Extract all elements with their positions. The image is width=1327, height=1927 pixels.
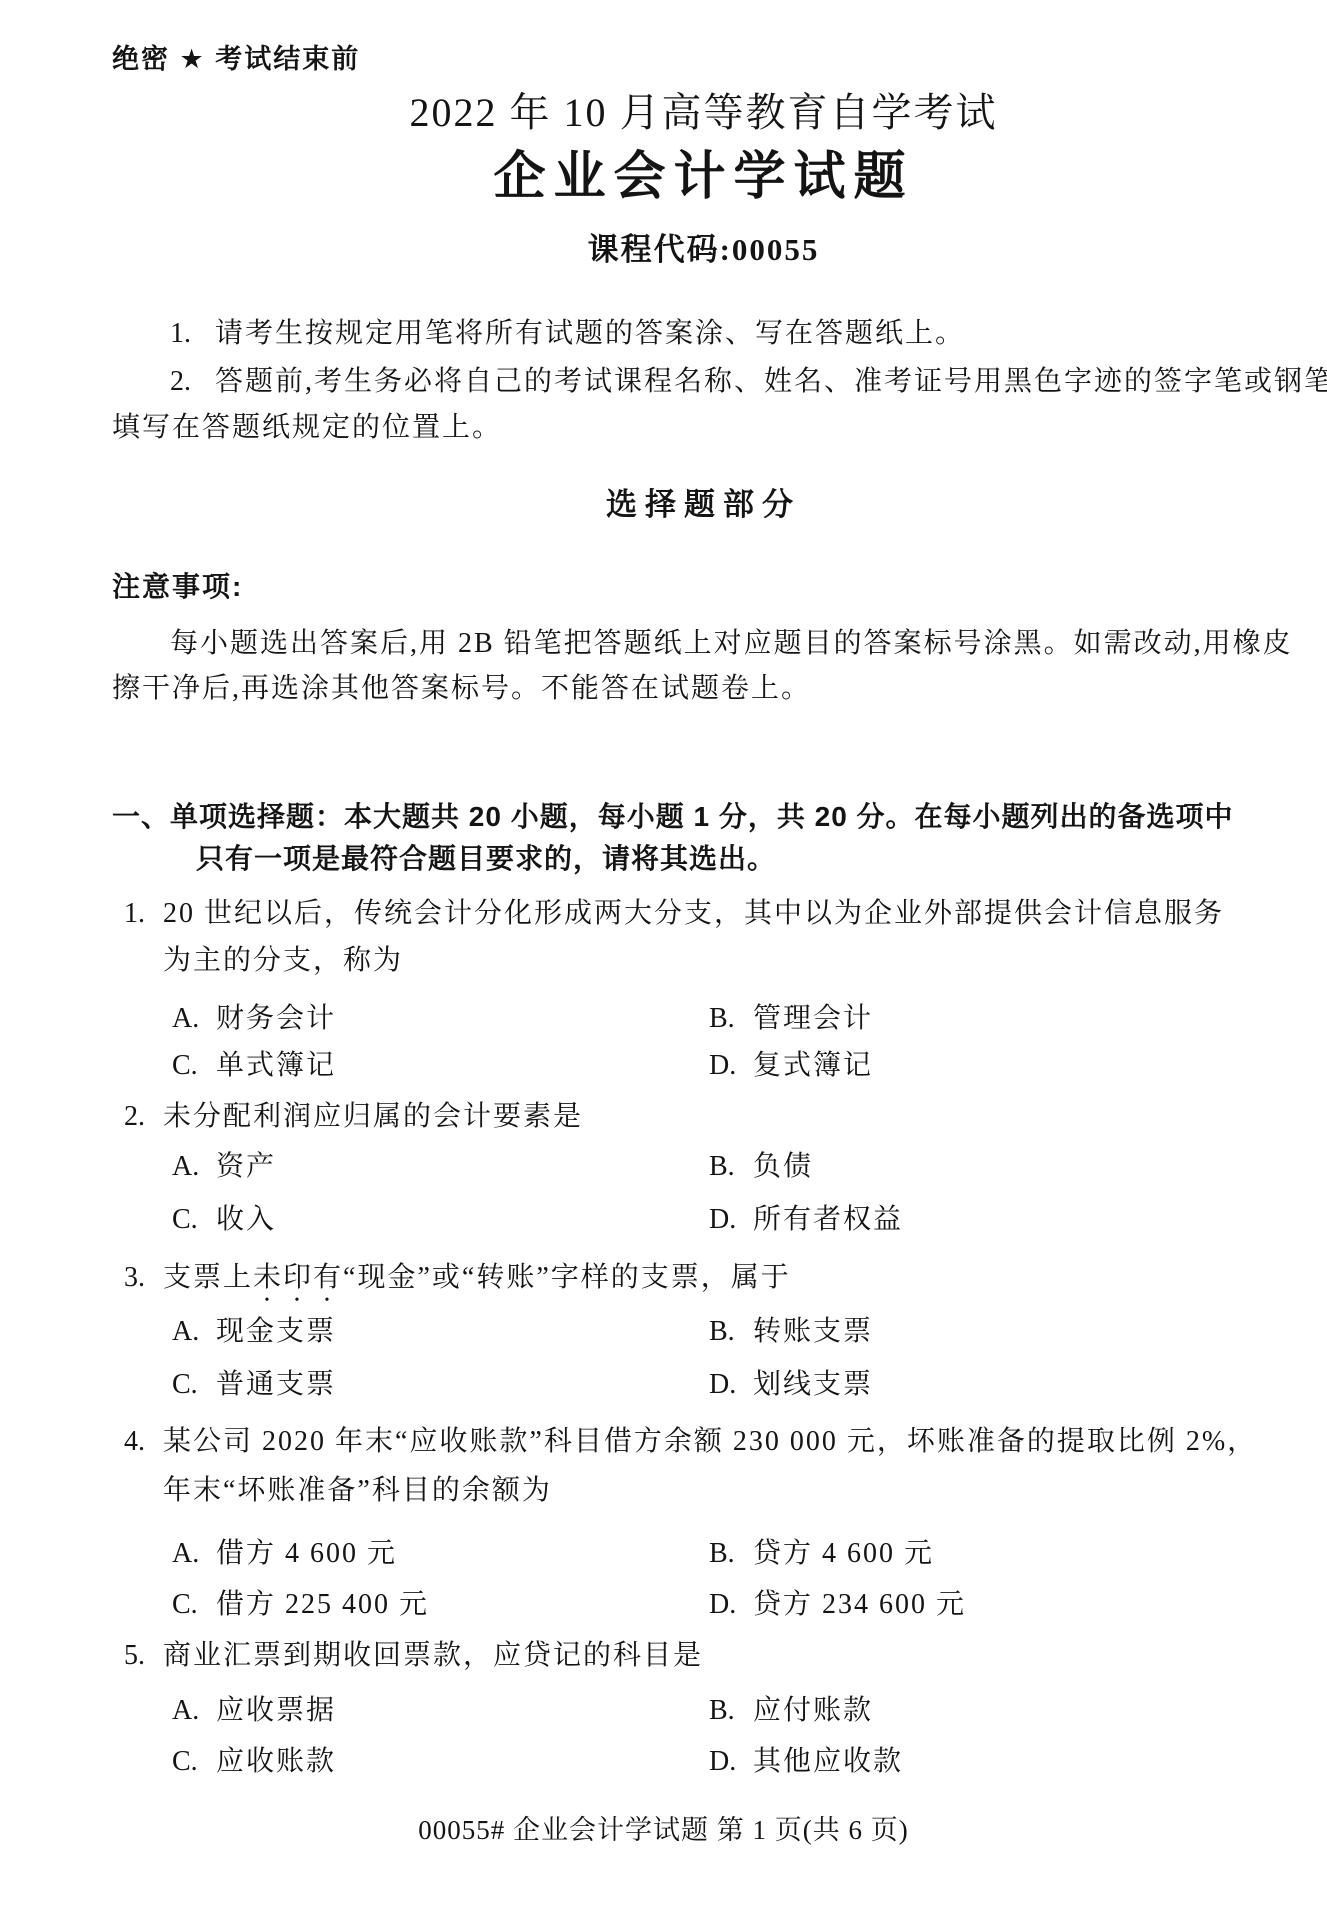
option-b-label: B. (709, 1151, 753, 1183)
option-a-label: A. (172, 1695, 216, 1727)
question-5-option-a: A.应收票据 (172, 1695, 336, 1727)
question-1-option-a: A.财务会计 (172, 1003, 336, 1035)
question-1-option-b: B.管理会计 (709, 1003, 873, 1035)
option-c-text: 单式簿记 (216, 1050, 336, 1081)
option-d-label: D. (709, 1746, 753, 1778)
course-code: 课程代码:00055 (80, 232, 1327, 268)
choice-part-title: 选择题部分 (80, 487, 1327, 523)
question-5-option-b: B.应付账款 (709, 1695, 873, 1727)
question-3-stem-pre: 支票上 (163, 1262, 253, 1293)
option-a-label: A. (172, 1151, 216, 1183)
option-a-label: A. (172, 1003, 216, 1035)
option-a-text: 资产 (216, 1151, 276, 1182)
exam-subject-title: 企业会计学试题 (80, 148, 1327, 208)
question-2-option-a: A.资产 (172, 1151, 276, 1183)
question-4: 4.某公司 2020 年末“应收账款”科目借方余额 230 000 元，坏账准备… (124, 1426, 1257, 1458)
question-3-stem-post: “现金”或“转账”字样的支票，属于 (343, 1262, 791, 1293)
question-1-option-d: D.复式簿记 (709, 1050, 873, 1082)
instruction-1-text: 请考生按规定用笔将所有试题的答案涂、写在答题纸上。 (215, 318, 965, 349)
instruction-2: 2.答题前,考生务必将自己的考试课程名称、姓名、准考证号用黑色字迹的签字笔或钢笔 (170, 366, 1327, 398)
question-3: 3.支票上未印有“现金”或“转账”字样的支票，属于 (124, 1262, 791, 1308)
question-4-stem-continuation: 年末“坏账准备”科目的余额为 (163, 1475, 552, 1507)
exam-session-title: 2022 年 10 月高等教育自学考试 (80, 90, 1327, 136)
option-b-text: 管理会计 (753, 1003, 873, 1034)
instruction-2-number: 2. (170, 366, 215, 398)
option-a-text: 财务会计 (216, 1003, 336, 1034)
page-footer: 00055# 企业会计学试题 第 1 页(共 6 页) (0, 1815, 1327, 1846)
option-a-text: 应收票据 (216, 1695, 336, 1726)
question-2-stem: 未分配利润应归属的会计要素是 (163, 1101, 583, 1132)
instruction-2-text: 答题前,考生务必将自己的考试课程名称、姓名、准考证号用黑色字迹的签字笔或钢笔 (215, 366, 1327, 397)
question-3-number: 3. (124, 1262, 163, 1294)
question-1-option-c: C.单式簿记 (172, 1050, 336, 1082)
question-5-option-d: D.其他应收款 (709, 1746, 903, 1778)
option-a-label: A. (172, 1538, 216, 1570)
option-b-text: 贷方 4 600 元 (753, 1538, 934, 1569)
option-d-label: D. (709, 1050, 753, 1082)
option-b-label: B. (709, 1538, 753, 1570)
option-b-text: 负债 (753, 1151, 813, 1182)
question-2-option-c: C.收入 (172, 1204, 276, 1236)
option-d-label: D. (709, 1369, 753, 1401)
option-d-text: 贷方 234 600 元 (753, 1589, 966, 1620)
notice-line-1: 每小题选出答案后,用 2B 铅笔把答题纸上对应题目的答案标号涂黑。如需改动,用橡… (170, 628, 1293, 660)
option-b-label: B. (709, 1003, 753, 1035)
question-2-number: 2. (124, 1101, 163, 1133)
question-5-stem: 商业汇票到期收回票款，应贷记的科目是 (163, 1640, 703, 1671)
instruction-1: 1.请考生按规定用笔将所有试题的答案涂、写在答题纸上。 (170, 318, 965, 350)
question-3-option-c: C.普通支票 (172, 1369, 336, 1401)
question-5: 5.商业汇票到期收回票款，应贷记的科目是 (124, 1640, 703, 1672)
question-3-option-a: A.现金支票 (172, 1316, 336, 1348)
question-4-option-b: B.贷方 4 600 元 (709, 1538, 934, 1570)
option-b-label: B. (709, 1695, 753, 1727)
option-b-text: 转账支票 (753, 1316, 873, 1347)
option-c-label: C. (172, 1050, 216, 1082)
question-1-stem-continuation: 为主的分支，称为 (163, 945, 403, 977)
option-c-text: 普通支票 (216, 1369, 336, 1400)
option-d-text: 所有者权益 (753, 1204, 903, 1235)
option-c-label: C. (172, 1369, 216, 1401)
question-3-stem-emphasized: 未印有 (253, 1262, 343, 1293)
option-a-text: 现金支票 (216, 1316, 336, 1347)
question-2-option-b: B.负债 (709, 1151, 813, 1183)
option-a-text: 借方 4 600 元 (216, 1538, 397, 1569)
question-1: 1.20 世纪以后，传统会计分化形成两大分支，其中以为企业外部提供会计信息服务 (124, 898, 1224, 930)
instruction-2-continuation: 填写在答题纸规定的位置上。 (112, 412, 502, 444)
question-3-option-b: B.转账支票 (709, 1316, 873, 1348)
question-4-number: 4. (124, 1426, 163, 1458)
option-d-label: D. (709, 1204, 753, 1236)
option-c-label: C. (172, 1589, 216, 1621)
option-d-text: 其他应收款 (753, 1746, 903, 1777)
question-5-number: 5. (124, 1640, 163, 1672)
option-c-text: 应收账款 (216, 1746, 336, 1777)
question-3-option-d: D.划线支票 (709, 1369, 873, 1401)
option-c-text: 借方 225 400 元 (216, 1589, 429, 1620)
option-b-text: 应付账款 (753, 1695, 873, 1726)
option-c-label: C. (172, 1204, 216, 1236)
question-1-number: 1. (124, 898, 163, 930)
notice-line-2: 擦干净后,再选涂其他答案标号。不能答在试题卷上。 (112, 673, 811, 705)
option-d-text: 复式簿记 (753, 1050, 873, 1081)
question-2: 2.未分配利润应归属的会计要素是 (124, 1101, 583, 1133)
question-4-stem: 某公司 2020 年末“应收账款”科目借方余额 230 000 元，坏账准备的提… (163, 1426, 1257, 1457)
section-one-header-line-1: 一、单项选择题：本大题共 20 小题，每小题 1 分，共 20 分。在每小题列出… (112, 801, 1234, 833)
option-c-text: 收入 (216, 1204, 276, 1235)
option-d-text: 划线支票 (753, 1369, 873, 1400)
option-d-label: D. (709, 1589, 753, 1621)
option-b-label: B. (709, 1316, 753, 1348)
question-4-option-d: D.贷方 234 600 元 (709, 1589, 966, 1621)
question-4-option-a: A.借方 4 600 元 (172, 1538, 397, 1570)
exam-paper-page: { "header": { "secret_label": "绝密 ★ 考试结束… (0, 0, 1327, 1927)
secret-classification-label: 绝密 ★ 考试结束前 (112, 44, 360, 75)
question-1-stem: 20 世纪以后，传统会计分化形成两大分支，其中以为企业外部提供会计信息服务 (163, 898, 1224, 929)
option-c-label: C. (172, 1746, 216, 1778)
section-one-header-line-2: 只有一项是最符合题目要求的，请将其选出。 (196, 843, 776, 875)
question-4-option-c: C.借方 225 400 元 (172, 1589, 429, 1621)
instruction-1-number: 1. (170, 318, 215, 350)
question-2-option-d: D.所有者权益 (709, 1204, 903, 1236)
option-a-label: A. (172, 1316, 216, 1348)
question-5-option-c: C.应收账款 (172, 1746, 336, 1778)
notice-heading: 注意事项: (112, 571, 243, 603)
